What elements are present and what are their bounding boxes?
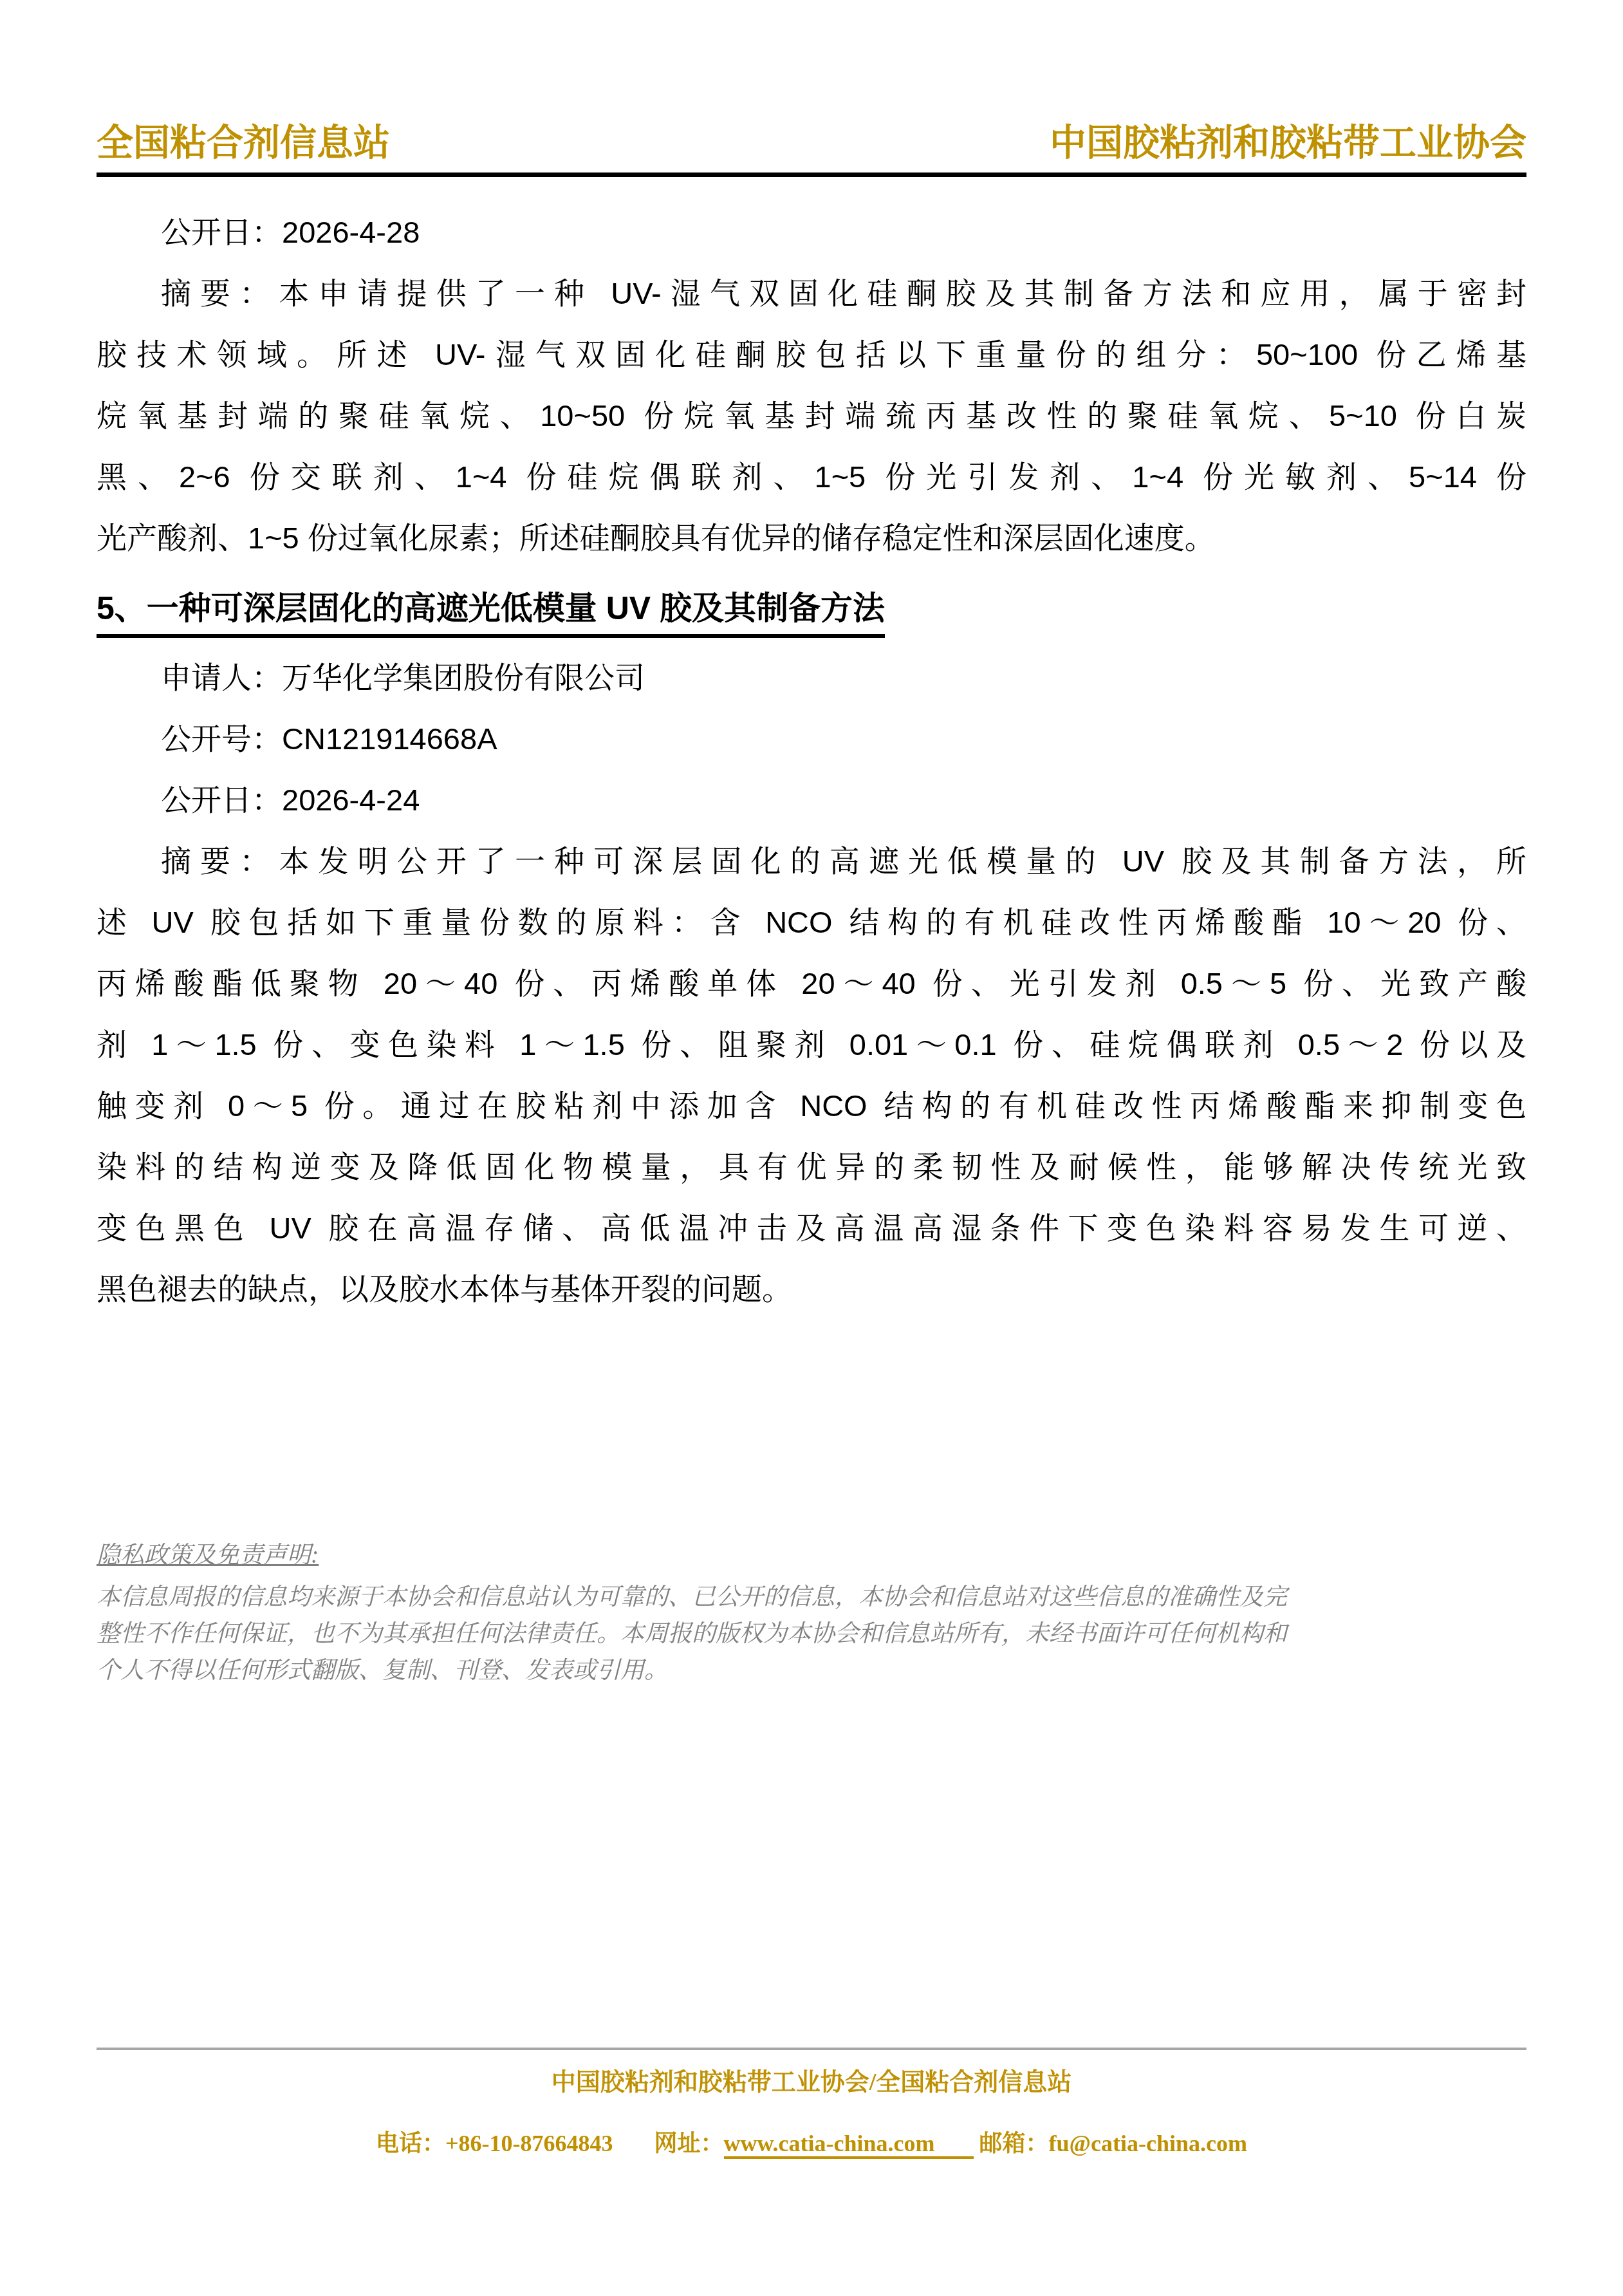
page-footer: 中国胶粘剂和胶粘带工业协会/全国粘合剂信息站 电话：+86-10-8766484… — [97, 2048, 1526, 2159]
patent-5-abstract-line: 丙烯酸酯低聚物 20～40 份、丙烯酸单体 20～40 份、光引发剂 0.5～5… — [97, 953, 1526, 1014]
footer-email-value: fu@catia-china.com — [1049, 2131, 1247, 2156]
disclaimer-line: 整性不作任何保证，也不为其承担任何法律责任。本周报的版权为本协会和信息站所有，未… — [97, 1616, 1526, 1652]
newsletter-page: 全国粘合剂信息站 中国胶粘剂和胶粘带工业协会 公开日：2026-4-28 摘要：… — [0, 0, 1623, 2296]
disclaimer-line: 个人不得以任何形式翻版、复制、刊登、发表或引用。 — [97, 1652, 1526, 1689]
patent-5-abstract-line: 变色黑色 UV 胶在高温存储、高低温冲击及高温高湿条件下变色染料容易发生可逆、 — [97, 1197, 1526, 1258]
patent-5-pub-date: 公开日：2026-4-24 — [97, 769, 1526, 830]
patent-5-heading: 5、一种可深层固化的高遮光低模量 UV 胶及其制备方法 — [97, 588, 885, 638]
footer-phone-value: +86-10-87664843 — [445, 2131, 613, 2156]
patent-5-section: 申请人：万华化学集团股份有限公司 公开号：CN121914668A 公开日：20… — [97, 647, 1526, 1320]
patent-5-abstract-line: 述 UV 胶包括如下重量份数的原料：含 NCO 结构的有机硅改性丙烯酸酯 10～… — [97, 891, 1526, 953]
header-left-title: 全国粘合剂信息站 — [97, 113, 390, 166]
patent-4-pub-date: 公开日：2026-4-28 — [97, 201, 1526, 263]
disclaimer-section: 隐私政策及免责声明: 本信息周报的信息均来源于本协会和信息站认为可靠的、已公开的… — [97, 1537, 1526, 1689]
patent-4-abstract-line: 烷氧基封端的聚硅氧烷、10~50 份烷氧基封端巯丙基改性的聚硅氧烷、5~10 份… — [97, 385, 1526, 446]
footer-org-line: 中国胶粘剂和胶粘带工业协会/全国粘合剂信息站 — [97, 2062, 1526, 2097]
patent-4-section: 公开日：2026-4-28 摘要：本申请提供了一种 UV-湿气双固化硅酮胶及其制… — [97, 201, 1526, 568]
patent-5-abstract-line: 黑色褪去的缺点，以及胶水本体与基体开裂的问题。 — [97, 1258, 1526, 1320]
patent-4-abstract-line: 黑、2~6 份交联剂、1~4 份硅烷偶联剂、1~5 份光引发剂、1~4 份光敏剂… — [97, 446, 1526, 507]
patent-5-pub-no: 公开号：CN121914668A — [97, 708, 1526, 769]
patent-5-heading-wrap: 5、一种可深层固化的高遮光低模量 UV 胶及其制备方法 — [97, 588, 1526, 638]
footer-phone-label: 电话： — [376, 2131, 445, 2156]
disclaimer-line: 本信息周报的信息均来源于本协会和信息站认为可靠的、已公开的信息，本协会和信息站对… — [97, 1579, 1526, 1616]
disclaimer-title: 隐私政策及免责声明: — [97, 1537, 319, 1574]
patent-5-abstract-line: 染料的结构逆变及降低固化物模量，具有优异的柔韧性及耐候性，能够解决传统光致 — [97, 1136, 1526, 1197]
page-content: 全国粘合剂信息站 中国胶粘剂和胶粘带工业协会 公开日：2026-4-28 摘要：… — [97, 0, 1526, 1320]
page-header: 全国粘合剂信息站 中国胶粘剂和胶粘带工业协会 — [97, 113, 1526, 177]
patent-5-abstract-line: 剂 1～1.5 份、变色染料 1～1.5 份、阻聚剂 0.01～0.1 份、硅烷… — [97, 1014, 1526, 1075]
patent-4-abstract-line: 胶技术领域。所述 UV-湿气双固化硅酮胶包括以下重量份的组分：50~100 份乙… — [97, 324, 1526, 385]
header-right-title: 中国胶粘剂和胶粘带工业协会 — [1050, 113, 1526, 166]
patent-5-abstract-line: 摘要：本发明公开了一种可深层固化的高遮光低模量的 UV 胶及其制备方法，所 — [97, 830, 1526, 891]
footer-email-label: 邮箱： — [979, 2131, 1049, 2156]
patent-4-abstract-line: 光产酸剂、1~5 份过氧化尿素；所述硅酮胶具有优异的储存稳定性和深层固化速度。 — [97, 507, 1526, 568]
footer-web-label: 网址： — [654, 2131, 724, 2156]
patent-4-abstract-line: 摘要：本申请提供了一种 UV-湿气双固化硅酮胶及其制备方法和应用，属于密封 — [97, 263, 1526, 324]
footer-website-link[interactable]: www.catia-china.com — [724, 2131, 974, 2159]
patent-5-abstract-line: 触变剂 0～5 份。通过在胶粘剂中添加含 NCO 结构的有机硅改性丙烯酸酯来抑制… — [97, 1075, 1526, 1136]
footer-contact-line: 电话：+86-10-87664843 网址：www.catia-china.co… — [97, 2125, 1526, 2159]
patent-5-applicant: 申请人：万华化学集团股份有限公司 — [97, 647, 1526, 708]
